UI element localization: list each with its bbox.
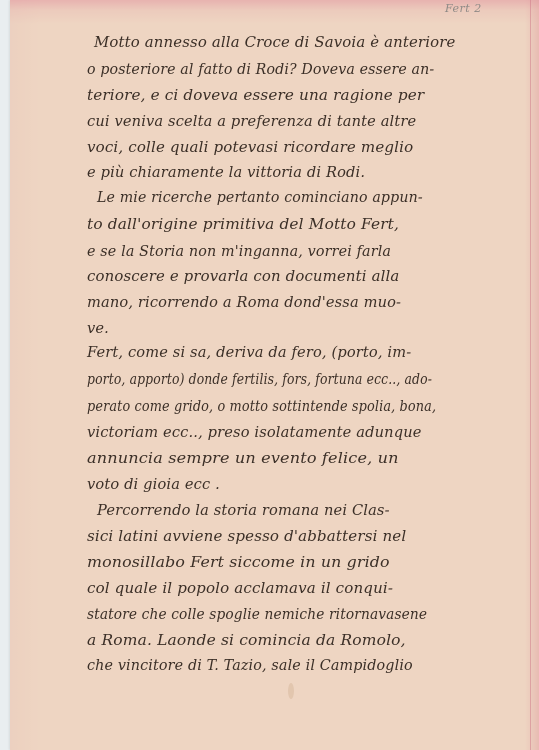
text-line: conoscere e provarla con documenti alla [87,268,399,285]
text-line: o posteriore al fatto di Rodi? Doveva es… [87,61,434,78]
text-line: to dall'origine primitiva del Motto Fert… [87,216,399,233]
text-line: ve. [87,320,109,337]
text-line: e più chiaramente la vittoria di Rodi. [87,164,365,181]
text-line: perato come grido, o motto sottintende s… [87,398,436,415]
text-line: statore che colle spoglie nemiche ritorn… [87,606,427,623]
text-line: col quale il popolo acclamava il conqui- [87,580,393,597]
text-line: sici latini avviene spesso d'abbattersi … [87,528,406,545]
handwritten-text-body: Motto annesso alla Croce di Savoia è ant… [10,0,539,750]
text-line: porto, apporto) donde fertilis, fors, fo… [87,371,432,388]
text-line: a Roma. Laonde si comincia da Romolo, [87,632,406,649]
text-line: voto di gioia ecc . [87,476,220,493]
manuscript-page: Fert 2 Motto annesso alla Croce di Savoi… [10,0,539,750]
text-line: teriore, e ci doveva essere una ragione … [87,87,424,104]
text-line: che vincitore di T. Tazio, sale il Campi… [87,657,413,674]
text-line: voci, colle quali potevasi ricordare meg… [87,139,413,156]
text-line: Motto annesso alla Croce di Savoia è ant… [94,34,455,51]
text-line: e se la Storia non m'inganna, vorrei far… [87,243,391,260]
text-line: cui veniva scelta a preferenza di tante … [87,113,416,130]
text-line: victoriam ecc.., preso isolatamente adun… [87,424,422,441]
text-line: Fert, come si sa, deriva da fero, (porto… [87,344,411,361]
text-line: monosillabo Fert siccome in un grido [87,554,390,571]
text-line: mano, ricorrendo a Roma dond'essa muo- [87,294,401,311]
text-line: Percorrendo la storia romana nei Clas- [97,502,390,519]
text-line: Le mie ricerche pertanto cominciano appu… [97,189,423,206]
text-line: annuncia sempre un evento felice, un [87,450,399,467]
